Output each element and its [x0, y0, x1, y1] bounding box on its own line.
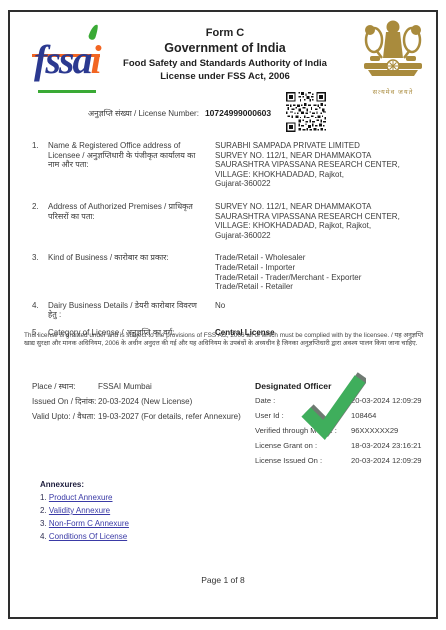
- field-label: Kind of Business / कारोबार का प्रकार:: [48, 253, 215, 291]
- field-label: Name & Registered Office address of Lice…: [48, 141, 215, 189]
- form-title: Form C: [105, 27, 345, 39]
- license-fields: 1. Name & Registered Office address of L…: [32, 141, 424, 338]
- qr-code: [286, 92, 326, 132]
- place-label: Place / स्थान:: [32, 379, 98, 394]
- field-row-kind-of-business: 3. Kind of Business / कारोबार का प्रकार:…: [32, 253, 424, 291]
- emblem-motto: सत्यमेव जयते: [356, 87, 430, 96]
- officer-issued-label: License Issued On :: [255, 453, 351, 468]
- authority-title: Food Safety and Standards Authority of I…: [105, 58, 345, 69]
- field-label: Dairy Business Details / डेयरी कारोबार व…: [48, 301, 215, 320]
- field-row-premises: 2. Address of Authorized Premises / प्रा…: [32, 202, 424, 240]
- field-value: No: [215, 301, 424, 320]
- license-number-value: 10724999000603: [205, 108, 271, 118]
- field-label: Address of Authorized Premises / प्राधिक…: [48, 202, 215, 240]
- annexure-item: 2. Validity Annexure: [40, 504, 129, 517]
- field-row-name-address: 1. Name & Registered Office address of L…: [32, 141, 424, 189]
- field-value: SURABHI SAMPADA PRIVATE LIMITED SURVEY N…: [215, 141, 424, 189]
- logo-text-i: i: [90, 37, 99, 82]
- annexure-number: 2.: [40, 506, 47, 515]
- annexure-item: 3. Non-Form C Annexure: [40, 517, 129, 530]
- document-title-block: Form C Government of India Food Safety a…: [105, 27, 345, 82]
- annexure-item: 4. Conditions Of License: [40, 530, 129, 543]
- annexure-item: 1. Product Annexure: [40, 491, 129, 504]
- field-value: SURVEY NO. 112/1, NEAR DHAMMAKOTA SAURAS…: [215, 202, 424, 240]
- issued-on-value: 20-03-2024 (New License): [98, 394, 241, 409]
- license-document-page: fssai Form C Government of India Food Sa…: [8, 10, 438, 619]
- issued-on-row: Issued On / दिनांक: 20-03-2024 (New Lice…: [32, 394, 241, 409]
- officer-issued-value: 20-03-2024 12:09:29: [351, 453, 431, 468]
- field-number: 4.: [32, 301, 48, 320]
- license-act-title: License under FSS Act, 2006: [105, 71, 345, 82]
- license-number-label: अनुज्ञप्ति संख्या / License Number:: [88, 109, 199, 118]
- place-row: Place / स्थान: FSSAI Mumbai: [32, 379, 241, 394]
- government-title: Government of India: [105, 41, 345, 55]
- annexure-number: 4.: [40, 532, 47, 541]
- non-form-c-annexure-link[interactable]: Non-Form C Annexure: [49, 519, 129, 528]
- annexures-block: Annexures: 1. Product Annexure 2. Validi…: [40, 479, 129, 543]
- fssai-logo: fssai: [30, 22, 106, 104]
- field-number: 3.: [32, 253, 48, 291]
- verified-checkmark-icon: [298, 372, 366, 444]
- field-number: 1.: [32, 141, 48, 189]
- valid-upto-row: Valid Upto: / वैधता: 19-03-2027 (For det…: [32, 409, 241, 424]
- validity-annexure-link[interactable]: Validity Annexure: [49, 506, 110, 515]
- product-annexure-link[interactable]: Product Annexure: [49, 493, 113, 502]
- logo-green-bar: [38, 90, 96, 93]
- valid-upto-value: 19-03-2027 (For details, refer Annexure): [98, 409, 241, 424]
- annexures-title: Annexures:: [40, 479, 129, 491]
- valid-upto-label: Valid Upto: / वैधता:: [32, 409, 98, 424]
- fssai-logo-text: fssai: [34, 36, 100, 83]
- field-value: Trade/Retail - Wholesaler Trade/Retail -…: [215, 253, 424, 291]
- officer-issued-row: License Issued On : 20-03-2024 12:09:29: [255, 453, 431, 468]
- field-row-dairy-details: 4. Dairy Business Details / डेयरी कारोबा…: [32, 301, 424, 320]
- issued-on-label: Issued On / दिनांक:: [32, 394, 98, 409]
- license-terms-fineprint: This license is granted under and is sub…: [24, 332, 424, 349]
- india-emblem-icon: सत्यमेव जयते: [356, 18, 430, 104]
- field-number: 2.: [32, 202, 48, 240]
- issue-details-block: Place / स्थान: FSSAI Mumbai Issued On / …: [32, 379, 241, 424]
- conditions-of-license-link[interactable]: Conditions Of License: [49, 532, 127, 541]
- annexure-number: 3.: [40, 519, 47, 528]
- annexure-number: 1.: [40, 493, 47, 502]
- page-number: Page 1 of 8: [10, 575, 436, 585]
- license-number-row: अनुज्ञप्ति संख्या / License Number:10724…: [88, 108, 271, 119]
- place-value: FSSAI Mumbai: [98, 379, 241, 394]
- logo-text-main: fssa: [34, 37, 90, 82]
